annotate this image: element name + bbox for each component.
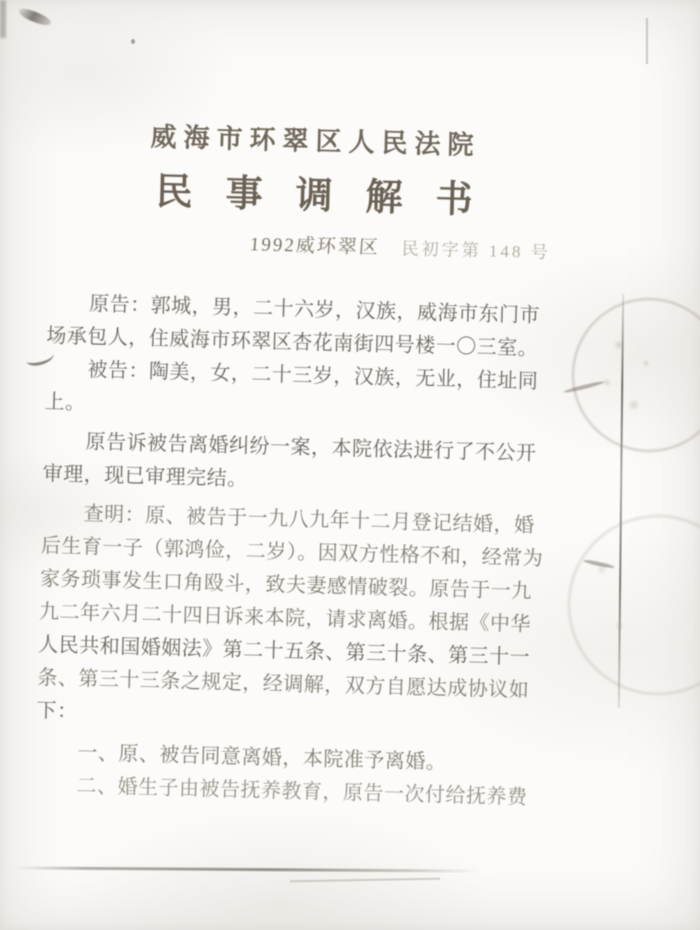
document-content: 威海市环翠区人民法院 民事调解书 1992威环翠区 民初字第 148 号 原告：… — [34, 120, 580, 816]
horizontal-fold-line — [15, 866, 480, 872]
case-number: 1992威环翠区 民初字第 148 号 — [49, 228, 577, 267]
court-seal-stamp-lower — [568, 515, 700, 695]
case-number-primary: 1992威环翠区 — [249, 233, 381, 260]
court-seal-stamp-upper — [572, 298, 700, 452]
seal-ink-stroke — [583, 559, 615, 570]
scan-speck — [131, 39, 135, 44]
document-body: 原告：郭城，男，二十六岁，汉族，威海市东门市 场承包人，住威海市环翠区杏花南街四… — [34, 287, 575, 816]
case-number-secondary: 民初字第 148 号 — [402, 239, 551, 262]
court-name: 威海市环翠区人民法院 — [51, 120, 580, 164]
vertical-fold-line — [618, 294, 624, 708]
horizontal-fold-line-secondary — [290, 878, 440, 883]
scan-smudge — [17, 6, 52, 28]
document-title: 民事调解书 — [50, 168, 579, 226]
scanned-document-page: 威海市环翠区人民法院 民事调解书 1992威环翠区 民初字第 148 号 原告：… — [0, 0, 700, 930]
scan-edge-shadow — [0, 0, 6, 38]
scan-crease-mark — [646, 18, 648, 64]
